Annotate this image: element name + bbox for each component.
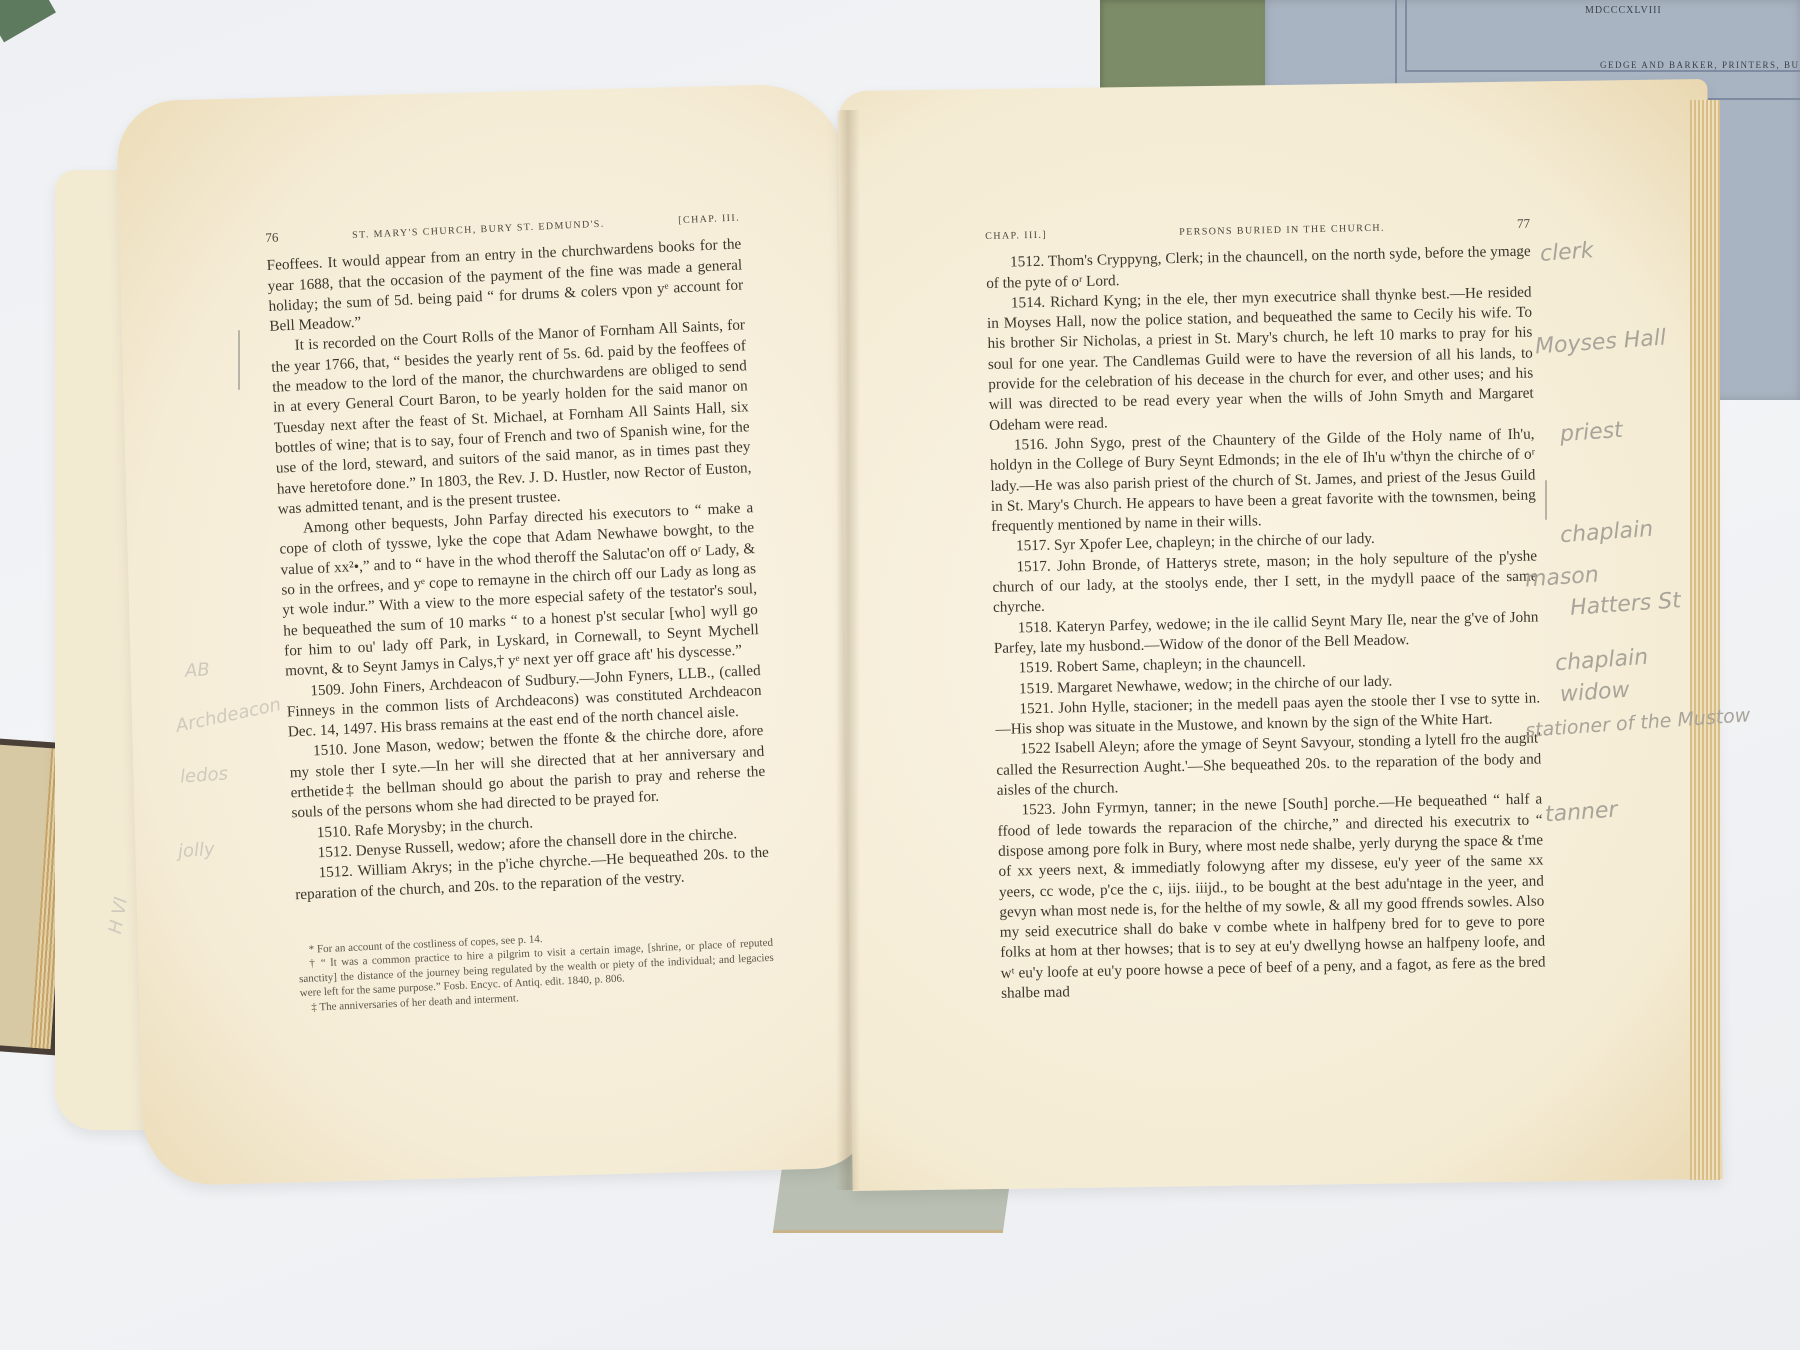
pencil-note: tanner bbox=[1544, 797, 1618, 827]
book-gutter bbox=[836, 110, 860, 1190]
running-title: PERSONS BURIED IN THE CHURCH. bbox=[1179, 219, 1385, 244]
pencil-note: priest bbox=[1559, 418, 1623, 447]
paragraph: It is recorded on the Court Rolls of the… bbox=[270, 316, 753, 520]
pencil-margin-line bbox=[1545, 480, 1547, 520]
pencil-note: ledos bbox=[179, 763, 228, 787]
cover-year: MDCCCXLVIII bbox=[1585, 5, 1662, 16]
page-number: 76 bbox=[265, 227, 279, 248]
page-number: 77 bbox=[1517, 214, 1530, 235]
photo-scene: MDCCCXLVIII GEDGE AND BARKER, PRINTERS, … bbox=[0, 0, 1800, 1350]
pencil-note: AB bbox=[184, 659, 210, 682]
paragraph: 1514. Richard Kyng; in the ele, ther myn… bbox=[986, 282, 1534, 435]
pencil-note: widow bbox=[1559, 678, 1630, 708]
right-page-edges bbox=[1690, 100, 1720, 1180]
right-page-text: CHAP. III.] PERSONS BURIED IN THE CHURCH… bbox=[985, 214, 1546, 1005]
background-book-corner bbox=[0, 0, 56, 42]
left-page-text: 76 ST. MARY'S CHURCH, BURY ST. EDMUND'S.… bbox=[265, 206, 775, 1015]
chapter-label: [CHAP. III. bbox=[678, 208, 741, 231]
paragraph: 1522 Isabell Aleyn; afore the ymage of S… bbox=[996, 729, 1542, 801]
paragraph: Among other bequests, John Parfay direct… bbox=[278, 498, 760, 682]
chapter-label: CHAP. III.] bbox=[985, 226, 1047, 248]
paragraph: 1516. John Sygo, prest of the Chauntery … bbox=[989, 425, 1536, 538]
pencil-note: jolly bbox=[177, 839, 215, 863]
paragraph: 1523. John Fyrmyn, tanner; in the newe [… bbox=[997, 790, 1546, 1004]
pencil-note: clerk bbox=[1539, 238, 1594, 267]
paragraph: 1517. John Bronde, of Hatterys strete, m… bbox=[992, 546, 1538, 618]
cover-printer: GEDGE AND BARKER, PRINTERS, BU bbox=[1600, 60, 1800, 70]
pencil-margin-line bbox=[238, 330, 240, 390]
pencil-note: mason bbox=[1524, 562, 1599, 592]
